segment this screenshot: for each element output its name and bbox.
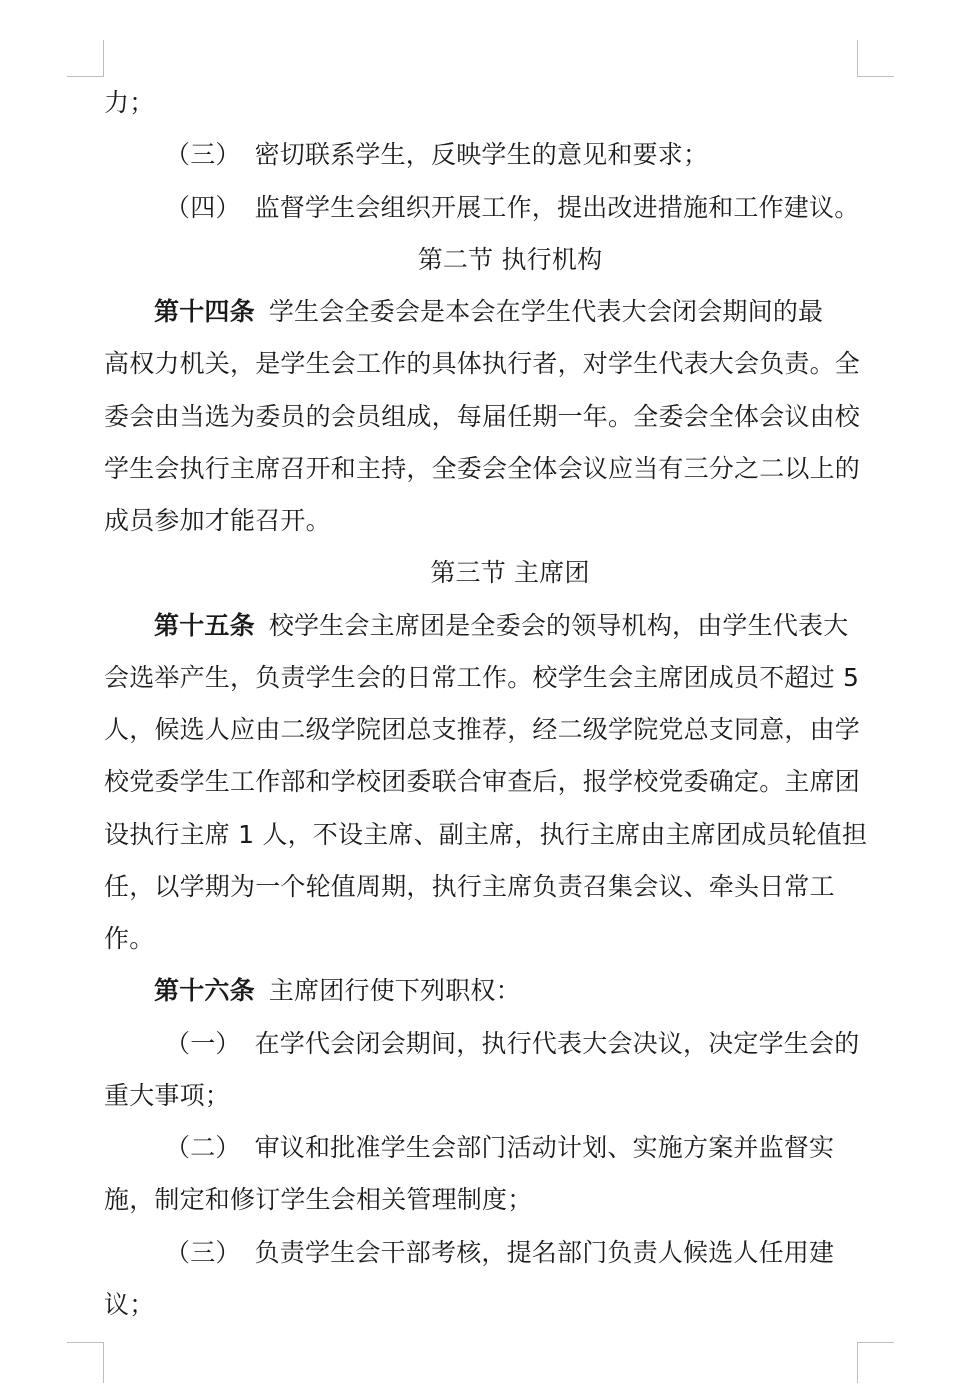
- article-number: 第十四条: [154, 297, 255, 326]
- section-heading: 第三节 主席团: [0, 558, 970, 588]
- page-corner-mark-bottom-left: [67, 1342, 104, 1383]
- section-heading: 第二节 执行机构: [0, 245, 970, 275]
- text-line: 作。: [104, 924, 154, 954]
- text-line: 会选举产生，负责学生会的日常工作。校学生会主席团成员不超过 5: [104, 663, 859, 693]
- text-line: 施，制定和修订学生会相关管理制度；: [104, 1185, 532, 1215]
- page-corner-mark-top-left: [67, 40, 104, 77]
- text-line: 高权力机关，是学生会工作的具体执行者，对学生代表大会负责。全: [104, 349, 860, 379]
- text-line: 学生会执行主席召开和主持，全委会全体会议应当有三分之二以上的: [104, 454, 860, 484]
- list-text: 在学代会闭会期间，执行代表大会决议，决定学生会的: [255, 1029, 860, 1058]
- text-line: 成员参加才能召开。: [104, 506, 331, 536]
- list-text: 密切联系学生，反映学生的意见和要求；: [255, 140, 709, 169]
- list-number: （四）: [165, 193, 241, 222]
- list-text: 审议和批准学生会部门活动计划、实施方案并监督实: [255, 1133, 835, 1162]
- list-item-3b: （三）负责学生会干部考核，提名部门负责人候选人任用建: [165, 1238, 834, 1268]
- list-item-3: （三）密切联系学生，反映学生的意见和要求；: [165, 140, 708, 170]
- text-line: 力；: [104, 88, 154, 118]
- list-item-4: （四）监督学生会组织开展工作，提出改进措施和工作建议。: [165, 193, 859, 223]
- article-15-first-line: 第十五条校学生会主席团是全委会的领导机构，由学生代表大: [154, 611, 848, 641]
- text-line: 委会由当选为委员的会员组成，每届任期一年。全委会全体会议由校: [104, 402, 860, 432]
- text-line: 设执行主席 1 人，不设主席、副主席，执行主席由主席团成员轮值担: [104, 820, 867, 850]
- article-number: 第十六条: [154, 976, 255, 1005]
- list-text: 负责学生会干部考核，提名部门负责人候选人任用建: [255, 1238, 835, 1267]
- article-text: 学生会全委会是本会在学生代表大会闭会期间的最: [269, 297, 823, 326]
- article-text: 主席团行使下列职权：: [269, 976, 521, 1005]
- article-text: 校学生会主席团是全委会的领导机构，由学生代表大: [269, 611, 849, 640]
- text-line: 人，候选人应由二级学院团总支推荐，经二级学院党总支同意，由学: [104, 715, 860, 745]
- list-number: （一）: [165, 1029, 241, 1058]
- article-14-first-line: 第十四条学生会全委会是本会在学生代表大会闭会期间的最: [154, 297, 823, 327]
- page-corner-mark-top-right: [857, 40, 894, 77]
- text-line: 校党委学生工作部和学校团委联合审查后，报学校党委确定。主席团: [104, 767, 860, 797]
- page-corner-mark-bottom-right: [857, 1342, 894, 1383]
- text-line: 任，以学期为一个轮值周期，执行主席负责召集会议、牵头日常工: [104, 872, 835, 902]
- list-item-2: （二）审议和批准学生会部门活动计划、实施方案并监督实: [165, 1133, 834, 1163]
- article-16-first-line: 第十六条主席团行使下列职权：: [154, 976, 521, 1006]
- list-item-1: （一）在学代会闭会期间，执行代表大会决议，决定学生会的: [165, 1029, 859, 1059]
- list-number: （二）: [165, 1133, 241, 1162]
- text-line: 议；: [104, 1290, 154, 1320]
- list-number: （三）: [165, 140, 241, 169]
- list-text: 监督学生会组织开展工作，提出改进措施和工作建议。: [255, 193, 860, 222]
- list-number: （三）: [165, 1238, 241, 1267]
- article-number: 第十五条: [154, 611, 255, 640]
- text-line: 重大事项；: [104, 1081, 230, 1111]
